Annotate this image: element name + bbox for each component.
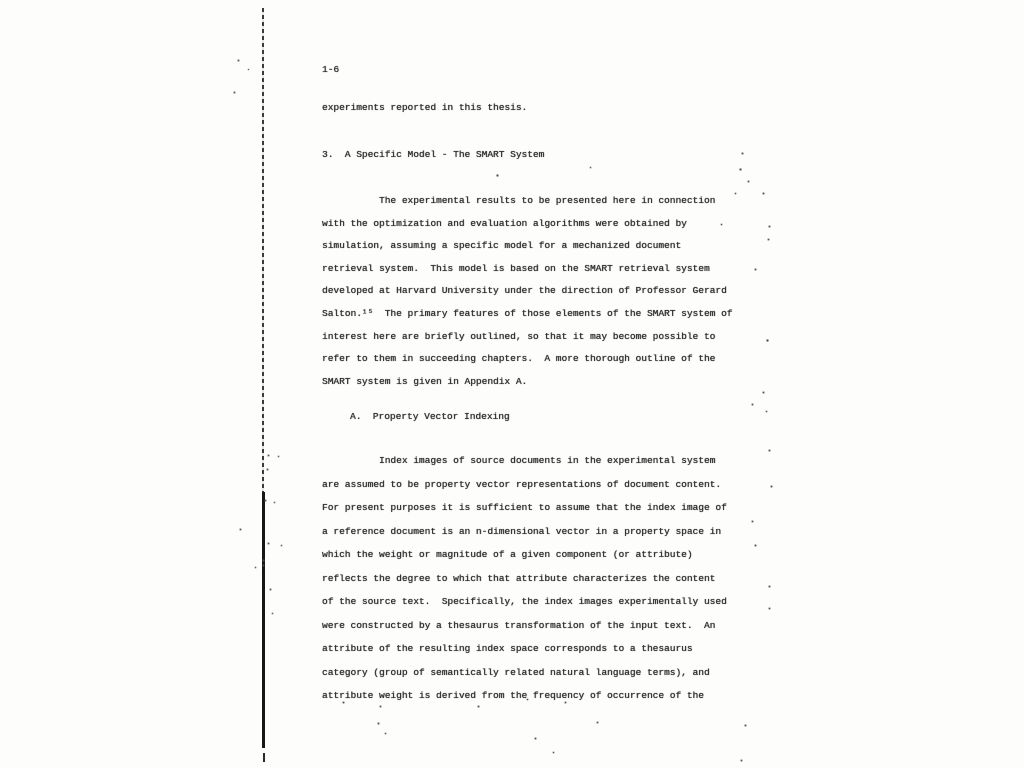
paragraph-property-vector-indexing: Index images of source documents in the … <box>322 449 727 708</box>
section-heading: 3. A Specific Model - The SMART System <box>322 149 544 161</box>
paragraph-smart-system-overview: The experimental results to be presented… <box>322 190 732 393</box>
page-binding-edge-top <box>262 8 264 492</box>
page-binding-edge-tick <box>263 753 265 762</box>
carryover-sentence: experiments reported in this thesis. <box>322 102 527 114</box>
page-number: 1-6 <box>322 64 339 76</box>
scanned-thesis-page: 1-6 experiments reported in this thesis.… <box>0 0 1024 768</box>
subsection-heading: A. Property Vector Indexing <box>350 411 510 423</box>
scan-noise-specks <box>0 0 1 1</box>
page-binding-edge-bottom <box>262 492 265 748</box>
